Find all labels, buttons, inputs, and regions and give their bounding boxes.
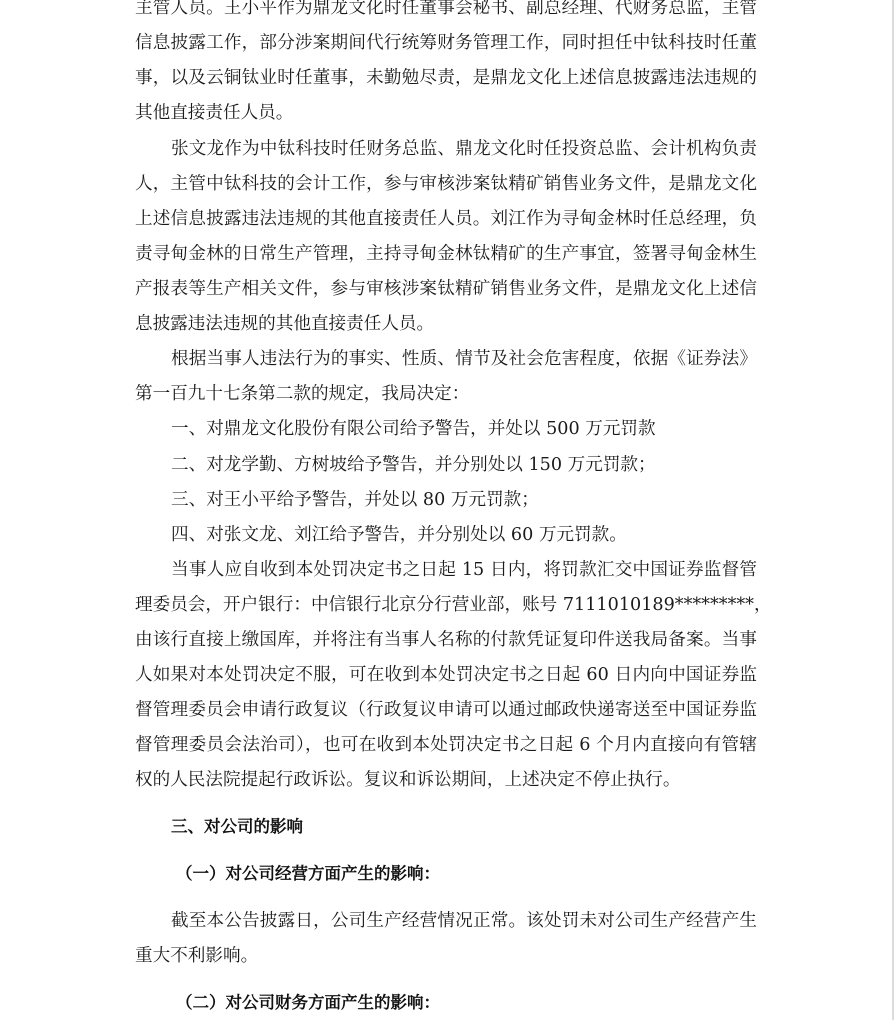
text-line: 上述信息披露违法违规的其他直接责任人员。刘江作为寻甸金林时任总经理，负 xyxy=(135,207,757,231)
text-line: 理委员会，开户银行：中信银行北京分行营业部，账号 7111010189*****… xyxy=(135,593,757,617)
text-line: 督管理委员会法治司），也可在收到本处罚决定书之日起 6 个月内直接向有管辖 xyxy=(135,733,757,757)
text-line: 重大不利影响。 xyxy=(135,944,757,968)
text-line: 其他直接责任人员。 xyxy=(135,101,757,125)
subsection-heading: （二）对公司财务方面产生的影响： xyxy=(176,991,440,1015)
text-line: 产报表等生产相关文件，参与审核涉案钛精矿销售业务文件，是鼎龙文化上述信 xyxy=(135,277,757,301)
text-line: 责寻甸金林的日常生产管理，主持寻甸金林钛精矿的生产事宜，签署寻甸金林生 xyxy=(135,242,757,266)
text-line: 事，以及云铜钛业时任董事，未勤勉尽责，是鼎龙文化上述信息披露违法违规的 xyxy=(135,66,757,90)
penalty-item: 四、对张文龙、刘江给予警告，并分别处以 60 万元罚款。 xyxy=(171,523,757,547)
text-line: 权的人民法院提起行政诉讼。复议和诉讼期间，上述决定不停止执行。 xyxy=(135,768,757,792)
penalty-item: 三、对王小平给予警告，并处以 80 万元罚款； xyxy=(171,488,757,512)
text-line: 张文龙作为中钛科技时任财务总监、鼎龙文化时任投资总监、会计机构负责 xyxy=(171,137,757,161)
text-line: 当事人应自收到本处罚决定书之日起 15 日内，将罚款汇交中国证券监督管 xyxy=(171,558,757,582)
text-line: 截至本公告披露日，公司生产经营情况正常。该处罚未对公司生产经营产生 xyxy=(171,909,757,933)
subsection-heading: （一）对公司经营方面产生的影响： xyxy=(176,862,440,886)
text-line: 根据当事人违法行为的事实、性质、情节及社会危害程度，依据《证券法》 xyxy=(171,347,757,371)
text-line: 第一百九十七条第二款的规定，我局决定： xyxy=(135,382,757,406)
document-page: 主管人员。王小平作为鼎龙文化时任董事会秘书、副总经理、代财务总监，主管 信息披露… xyxy=(0,0,892,1020)
penalty-item: 一、对鼎龙文化股份有限公司给予警告，并处以 500 万元罚款 xyxy=(171,417,757,441)
text-line: 主管人员。王小平作为鼎龙文化时任董事会秘书、副总经理、代财务总监，主管 xyxy=(135,0,757,20)
text-line: 息披露违法违规的其他直接责任人员。 xyxy=(135,312,757,336)
text-line: 信息披露工作，部分涉案期间代行统筹财务管理工作，同时担任中钛科技时任董 xyxy=(135,31,757,55)
text-line: 人，主管中钛科技的会计工作，参与审核涉案钛精矿销售业务文件，是鼎龙文化 xyxy=(135,172,757,196)
section-heading: 三、对公司的影响 xyxy=(171,815,303,839)
text-line: 由该行直接上缴国库，并将注有当事人名称的付款凭证复印件送我局备案。当事 xyxy=(135,628,757,652)
text-line: 人如果对本处罚决定不服，可在收到本处罚决定书之日起 60 日内向中国证券监 xyxy=(135,663,757,687)
penalty-item: 二、对龙学勤、方树坡给予警告，并分别处以 150 万元罚款； xyxy=(171,453,757,477)
text-line: 督管理委员会申请行政复议（行政复议申请可以通过邮政快递寄送至中国证券监 xyxy=(135,698,757,722)
